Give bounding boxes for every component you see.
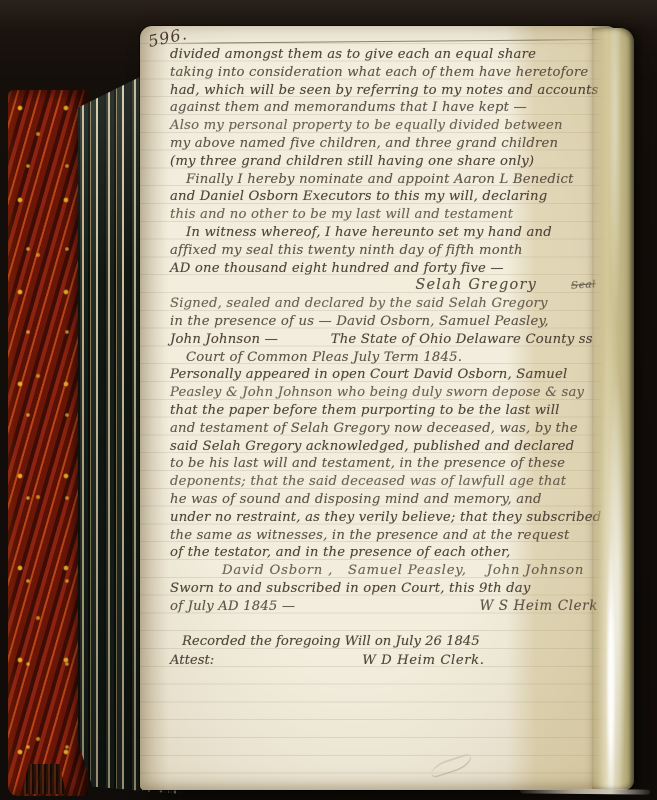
recording-note-block: Recorded the foregoing Will on July 26 1… [170,632,610,670]
text-line: said Selah Gregory acknowledged, publish… [170,438,612,456]
text-line: my above named five children, and three … [170,135,612,153]
witnesses-line: David Osborn , Samuel Peasley, John John… [170,562,612,580]
page-top-edge-line [154,39,602,44]
text-line: divided amongst them as to give each an … [170,46,612,64]
text-line: John Johnson — The State of Ohio Delawar… [170,331,612,349]
text-line: in the presence of us — David Osborn, Sa… [170,313,612,331]
text-line: Also my personal property to be equally … [170,117,612,135]
text-line: deponents; that the said deceased was of… [170,473,612,491]
text-line: affixed my seal this twenty ninth day of… [170,242,612,260]
text-line: and Daniel Osborn Executors to this my w… [170,188,612,206]
will-text-block: divided amongst them as to give each an … [170,46,612,616]
text-line: taking into consideration what each of t… [170,64,612,82]
mylar-bottom-edge [520,788,650,794]
text-line: this and no other to be my last will and… [170,206,612,224]
clerk-signature-2: W D Heim Clerk. [362,651,484,670]
text-line: that the paper before them purporting to… [170,402,612,420]
text-line: the same as witnesses, in the presence a… [170,527,612,545]
recorded-line: Recorded the foregoing Will on July 26 1… [170,632,610,651]
text-line: of the testator, and in the presence of … [170,544,612,562]
mylar-gloss-overlay [592,28,634,790]
sworn-date-text: of July AD 1845 — [170,598,295,616]
text-line: AD one thousand eight hundred and forty … [170,260,612,278]
text-line: Finally I hereby nominate and appoint Aa… [170,171,612,189]
photo-background: 596. divided amongst them as to give eac… [0,0,657,800]
clerk-signature: W S Heim Clerk [479,598,598,616]
signature-row: Selah Gregory Seal [170,277,612,295]
book-cover-marbled [8,90,88,796]
text-line: (my three grand children still having on… [170,153,612,171]
text-line: against them and memorandums that I have… [170,99,612,117]
text-line: under no restraint, as they verily belie… [170,509,612,527]
paper-tear-mark [429,753,473,777]
document-page: 596. divided amongst them as to give eac… [140,26,622,790]
sworn-clerk-row: of July AD 1845 — W S Heim Clerk [170,598,612,616]
text-line: Personally appeared in open Court David … [170,366,612,384]
attest-label: Attest: [170,651,214,670]
text-line: to be his last will and testament, in th… [170,455,612,473]
text-line: and testament of Selah Gregory now decea… [170,420,612,438]
text-line: Signed, sealed and declared by the said … [170,295,612,313]
text-line: he was of sound and disposing mind and m… [170,491,612,509]
text-line: In witness whereof, I have hereunto set … [170,224,612,242]
text-line: had, which will be seen by referring to … [170,82,612,100]
attest-row: Attest: W D Heim Clerk. [170,651,610,670]
testator-signature: Selah Gregory [415,277,537,295]
book-tassel [22,764,66,794]
text-line: Court of Common Pleas July Term 1845. [170,349,612,367]
text-line: Sworn to and subscribed in open Court, t… [170,580,612,598]
text-line: Peasley & John Johnson who being duly sw… [170,384,612,402]
